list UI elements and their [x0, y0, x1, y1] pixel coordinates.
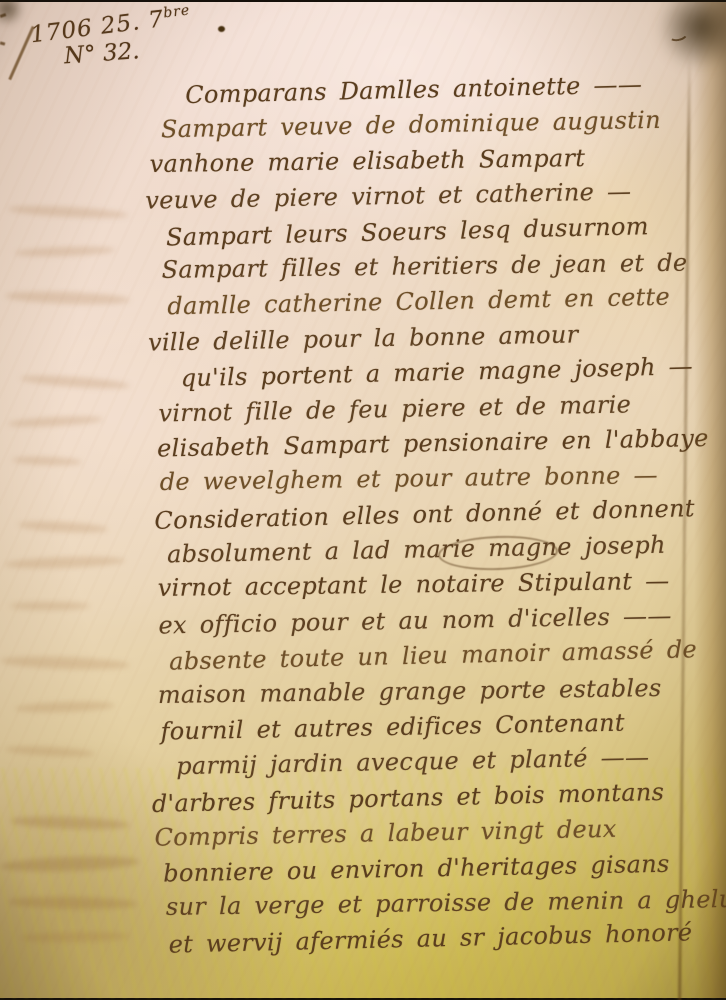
edge-ink-fragment	[0, 41, 5, 45]
header-annotations: 1706 25. 7bre N° 32.	[30, 12, 191, 65]
paper-page: 1706 25. 7bre N° 32. Comparans Damlles a…	[0, 2, 726, 998]
manuscript-body: Comparans Damlles antoinette —— Sampart …	[0, 67, 726, 966]
ink-dot	[218, 26, 225, 32]
manuscript-photo: 1706 25. 7bre N° 32. Comparans Damlles a…	[0, 0, 726, 1000]
shadow-corner-topright	[658, 0, 726, 70]
page-edge-shadow	[694, 2, 726, 998]
date-month-superscript: bre	[162, 2, 191, 21]
shadow-corner-topleft	[0, 0, 24, 26]
